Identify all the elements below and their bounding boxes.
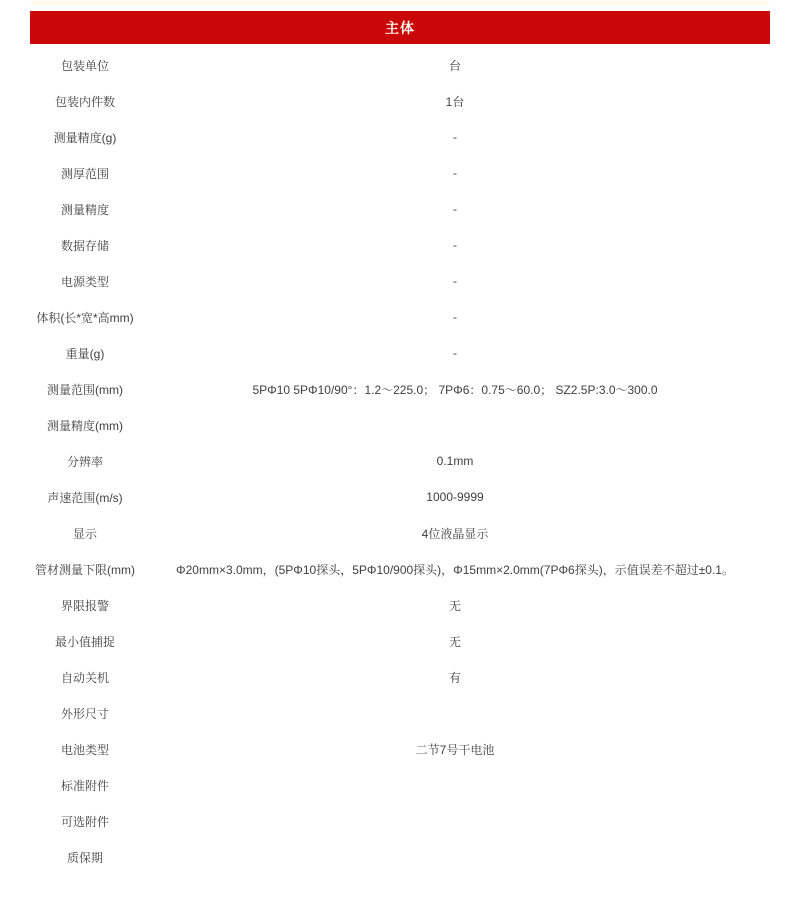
- spec-label: 测量精度(g): [30, 129, 140, 146]
- table-row: 界限报警 无: [30, 587, 770, 623]
- table-row: 测厚范围 -: [30, 155, 770, 191]
- spec-label: 电源类型: [30, 273, 140, 290]
- table-row: 数据存储 -: [30, 227, 770, 263]
- table-row: 最小值捕捉 无: [30, 623, 770, 659]
- table-row: 包装单位 台: [30, 47, 770, 83]
- spec-label: 包装内件数: [30, 93, 140, 110]
- spec-label: 包装单位: [30, 57, 140, 74]
- table-row: 分辨率 0.1mm: [30, 443, 770, 479]
- table-row: 包装内件数 1台: [30, 83, 770, 119]
- spec-label: 测量精度(mm): [30, 417, 140, 434]
- section-header: 主体: [30, 11, 770, 44]
- spec-label: 声速范围(m/s): [30, 489, 140, 506]
- table-row: 声速范围(m/s) 1000-9999: [30, 479, 770, 515]
- table-row: 管材测量下限(mm) Φ20mm×3.0mm，(5PΦ10探头，5PΦ10/90…: [30, 551, 770, 587]
- top-divider: [31, 1, 769, 5]
- spec-label: 体积(长*宽*高mm): [30, 309, 140, 326]
- spec-value: 5PΦ10 5PΦ10/90°：1.2～225.0； 7PΦ6：0.75～60.…: [140, 381, 770, 398]
- spec-value: 4位液晶显示: [140, 525, 770, 542]
- spec-label: 外形尺寸: [30, 705, 140, 722]
- table-row: 外形尺寸: [30, 695, 770, 731]
- spec-label: 重量(g): [30, 345, 140, 362]
- spec-value: Φ20mm×3.0mm，(5PΦ10探头，5PΦ10/900探头)，Φ15mm×…: [140, 561, 770, 578]
- product-spec-page: 主体 包装单位 台 包装内件数 1台 测量精度(g) - 测厚范围 - 测量精度…: [0, 0, 800, 905]
- spec-value: 无: [140, 633, 770, 650]
- spec-value: -: [140, 346, 770, 360]
- spec-label: 数据存储: [30, 237, 140, 254]
- table-row: 测量精度 -: [30, 191, 770, 227]
- spec-label: 标准附件: [30, 777, 140, 794]
- spec-value: 1000-9999: [140, 490, 770, 504]
- spec-table: 包装单位 台 包装内件数 1台 测量精度(g) - 测厚范围 - 测量精度 - …: [30, 47, 770, 875]
- spec-value: -: [140, 130, 770, 144]
- spec-label: 显示: [30, 525, 140, 542]
- spec-label: 界限报警: [30, 597, 140, 614]
- spec-value: 无: [140, 597, 770, 614]
- spec-value: 有: [140, 669, 770, 686]
- spec-value: -: [140, 166, 770, 180]
- spec-label: 管材测量下限(mm): [30, 561, 140, 578]
- table-row: 体积(长*宽*高mm) -: [30, 299, 770, 335]
- spec-label: 可选附件: [30, 813, 140, 830]
- table-row: 自动关机 有: [30, 659, 770, 695]
- spec-label: 自动关机: [30, 669, 140, 686]
- spec-label: 电池类型: [30, 741, 140, 758]
- spec-label: 测厚范围: [30, 165, 140, 182]
- table-row: 测量范围(mm) 5PΦ10 5PΦ10/90°：1.2～225.0； 7PΦ6…: [30, 371, 770, 407]
- spec-value: -: [140, 310, 770, 324]
- table-row: 测量精度(g) -: [30, 119, 770, 155]
- spec-value: -: [140, 202, 770, 216]
- spec-label: 测量范围(mm): [30, 381, 140, 398]
- spec-value: 0.1mm: [140, 454, 770, 468]
- spec-label: 测量精度: [30, 201, 140, 218]
- spec-value: 台: [140, 57, 770, 74]
- section-title: 主体: [385, 18, 415, 38]
- table-row: 测量精度(mm): [30, 407, 770, 443]
- spec-value: -: [140, 274, 770, 288]
- table-row: 重量(g) -: [30, 335, 770, 371]
- table-row: 电源类型 -: [30, 263, 770, 299]
- spec-label: 分辨率: [30, 453, 140, 470]
- table-row: 质保期: [30, 839, 770, 875]
- spec-label: 最小值捕捉: [30, 633, 140, 650]
- spec-value: 二节7号干电池: [140, 741, 770, 758]
- table-row: 可选附件: [30, 803, 770, 839]
- table-row: 电池类型 二节7号干电池: [30, 731, 770, 767]
- table-row: 显示 4位液晶显示: [30, 515, 770, 551]
- spec-value: -: [140, 238, 770, 252]
- spec-label: 质保期: [30, 849, 140, 866]
- table-row: 标准附件: [30, 767, 770, 803]
- spec-value: 1台: [140, 93, 770, 110]
